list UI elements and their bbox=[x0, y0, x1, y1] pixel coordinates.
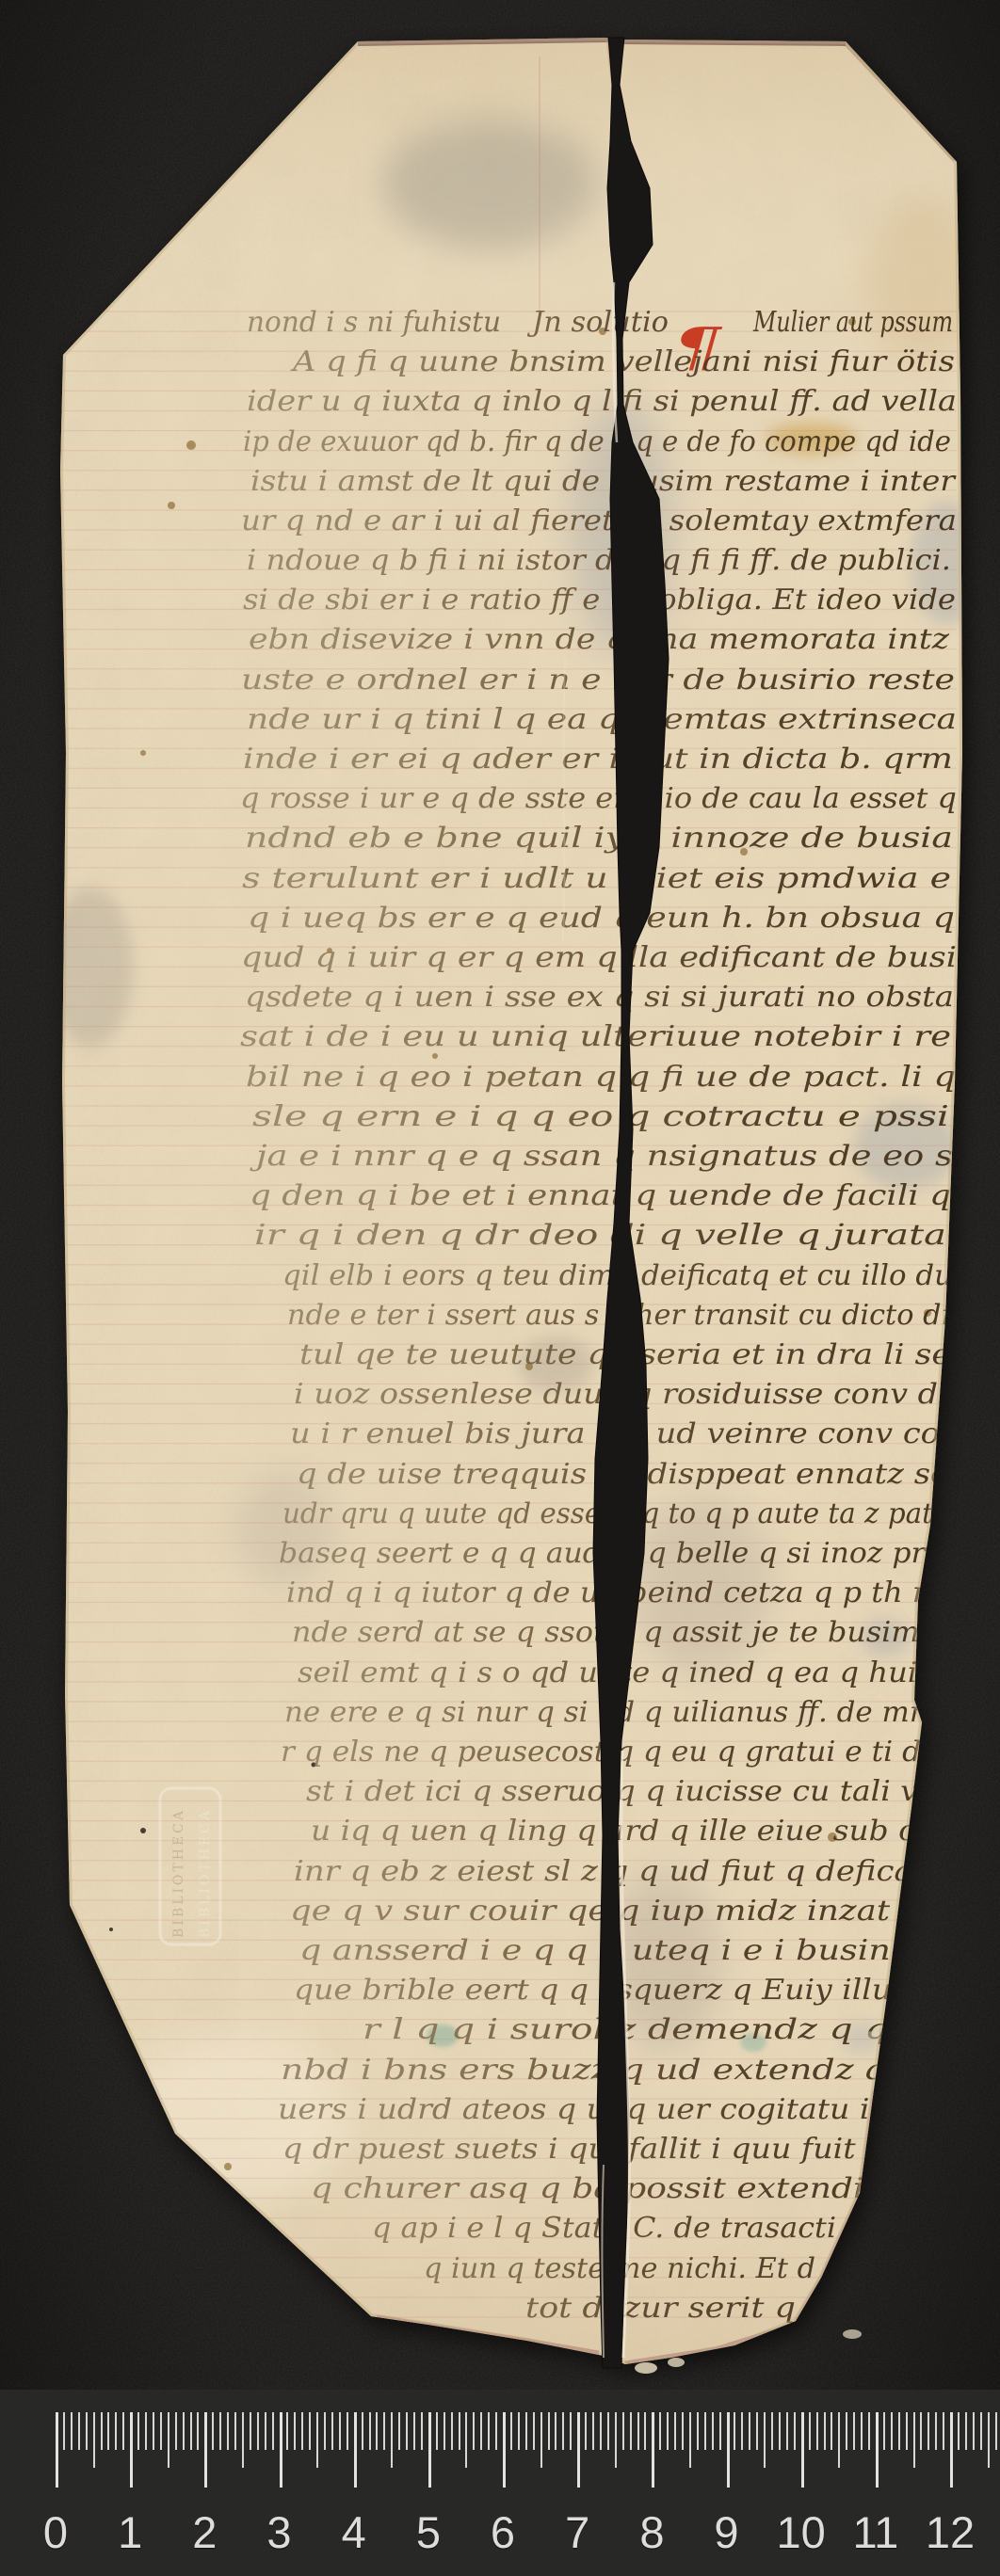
ruler-tick bbox=[958, 2412, 960, 2450]
ruler-tick bbox=[421, 2412, 423, 2450]
ruler-tick bbox=[250, 2412, 251, 2450]
manuscript-text-line: q i ueq bs er e q eud q eun h. bn obsua … bbox=[248, 902, 955, 935]
ruler-tick bbox=[234, 2412, 236, 2450]
ruler-tick bbox=[630, 2412, 632, 2450]
ruler-tick bbox=[585, 2412, 587, 2450]
ruler-tick bbox=[607, 2412, 609, 2450]
ruler-tick bbox=[459, 2412, 460, 2450]
ruler-tick bbox=[794, 2412, 796, 2450]
ruler-tick bbox=[831, 2412, 832, 2450]
ruler-tick bbox=[741, 2412, 743, 2450]
ruler-tick bbox=[734, 2412, 735, 2450]
ruler-tick bbox=[130, 2412, 133, 2488]
ruler-tick bbox=[533, 2412, 535, 2450]
ruler-tick bbox=[227, 2412, 229, 2450]
manuscript-text-line: ir q i den q dr deo di q velle q jurata bbox=[254, 1219, 946, 1252]
manuscript-text-line: q rosse i ur e q de sste er e io de cau … bbox=[240, 782, 957, 815]
ruler-tick bbox=[965, 2412, 967, 2450]
ruler-tick bbox=[175, 2412, 177, 2450]
ruler-tick bbox=[428, 2412, 431, 2488]
ruler-cm-label: 10 bbox=[777, 2506, 826, 2558]
manuscript-text-line: qud q i uir q er q em q lla edificant de… bbox=[241, 941, 957, 974]
manuscript-text-line: qsdete q i uen i sse ex q si si jurati n… bbox=[245, 981, 954, 1014]
ruler-tick bbox=[652, 2412, 654, 2488]
ruler-tick bbox=[756, 2412, 758, 2450]
ruler-tick bbox=[376, 2412, 378, 2450]
ruler-tick bbox=[93, 2412, 95, 2468]
ruler: 0123456789101112 bbox=[0, 2390, 1000, 2576]
ruler-tick bbox=[354, 2412, 357, 2488]
ruler-tick bbox=[451, 2412, 453, 2450]
ruler-tick bbox=[190, 2412, 192, 2450]
ruler-tick bbox=[518, 2412, 520, 2450]
ruler-tick bbox=[362, 2412, 363, 2450]
ruler-tick bbox=[71, 2412, 73, 2450]
ruler-tick bbox=[145, 2412, 147, 2450]
ruler-tick bbox=[406, 2412, 408, 2450]
ruler-cm-label: 9 bbox=[714, 2506, 738, 2558]
manuscript-text-line: tot dazur serit q bbox=[525, 2292, 796, 2325]
ruler-tick bbox=[331, 2412, 333, 2450]
ruler-cm-label: 0 bbox=[43, 2506, 68, 2558]
ruler-tick bbox=[727, 2412, 730, 2488]
ruler-tick bbox=[615, 2412, 617, 2468]
ruler-tick bbox=[107, 2412, 109, 2450]
ruler-tick bbox=[712, 2412, 714, 2450]
manuscript-text-line: inde i er ei q ader er i but in dicta b.… bbox=[243, 743, 953, 776]
manuscript-text-line: istu i amst de lt qui de b usim restame … bbox=[250, 465, 957, 498]
stamp-text-line: BIBLIOTHECA bbox=[198, 1808, 213, 1938]
ruler-tick bbox=[540, 2412, 542, 2468]
manuscript-text-line: si de sbi er i e ratio ff e q i obliga. … bbox=[243, 584, 956, 616]
ruler-tick bbox=[943, 2412, 944, 2450]
ruler-cm-label: 7 bbox=[565, 2506, 589, 2558]
ruler-tick bbox=[838, 2412, 840, 2468]
ruler-tick bbox=[749, 2412, 750, 2450]
ruler-tick bbox=[927, 2412, 929, 2450]
ruler-tick bbox=[286, 2412, 288, 2450]
ruler-cm-label: 6 bbox=[491, 2506, 515, 2558]
ruler-tick bbox=[436, 2412, 438, 2450]
manuscript-text-line: ndnd eb e bne quil iy q innoze de busia bbox=[245, 822, 953, 855]
ruler-tick bbox=[444, 2412, 445, 2450]
ruler-tick bbox=[488, 2412, 490, 2450]
manuscript-text-line: ur q nd e ar i ui al fieret qz solemtay … bbox=[241, 504, 957, 537]
ruler-tick bbox=[160, 2412, 162, 2450]
manuscript-text-line: u iq q uen q ling q ard q ille eiue sub … bbox=[311, 1815, 951, 1848]
ruler-tick bbox=[719, 2412, 721, 2450]
ruler-tick bbox=[86, 2412, 88, 2450]
ruler-tick bbox=[801, 2412, 804, 2488]
ruler-tick bbox=[280, 2412, 282, 2488]
ruler-tick bbox=[622, 2412, 624, 2450]
ruler-cm-label: 2 bbox=[192, 2506, 217, 2558]
manuscript-text-line: nond i s ni fuhistu bbox=[247, 306, 501, 339]
ruler-tick bbox=[101, 2412, 103, 2450]
ruler-tick bbox=[316, 2412, 318, 2468]
ruler-tick bbox=[555, 2412, 556, 2450]
ruler-cm-label: 3 bbox=[266, 2506, 291, 2558]
ruler-tick bbox=[369, 2412, 371, 2450]
ruler-tick bbox=[465, 2412, 467, 2468]
ruler-tick bbox=[272, 2412, 274, 2450]
ruler-tick bbox=[592, 2412, 594, 2450]
ruler-tick bbox=[980, 2412, 982, 2450]
ruler-tick bbox=[548, 2412, 550, 2450]
ruler-tick bbox=[212, 2412, 214, 2450]
manuscript-text-line: ip de exuuor qd b. fir q de s q e de fo … bbox=[243, 425, 951, 458]
manuscript-text-line: st i det ici q sseruo q q iucisse cu tal… bbox=[306, 1775, 946, 1808]
manuscript-text-line: uste e ordnel er i n e i ur de busirio r… bbox=[241, 664, 955, 696]
ruler-tick bbox=[935, 2412, 937, 2450]
ruler-tick bbox=[480, 2412, 482, 2450]
ruler-tick bbox=[600, 2412, 602, 2450]
photo-canvas: BIBLIOTHECA BIBLIOTHECA nond i s ni fuhi… bbox=[0, 0, 1000, 2576]
ruler-tick bbox=[667, 2412, 669, 2450]
ruler-tick bbox=[503, 2412, 506, 2488]
ruler-tick bbox=[988, 2412, 990, 2468]
ruler-tick bbox=[689, 2412, 691, 2468]
ruler-tick bbox=[570, 2412, 572, 2450]
ruler-tick bbox=[413, 2412, 415, 2450]
ruler-tick bbox=[809, 2412, 811, 2450]
ruler-tick bbox=[122, 2412, 124, 2450]
ruler-cm-label: 1 bbox=[118, 2506, 142, 2558]
ruler-tick bbox=[883, 2412, 885, 2450]
ruler-tick bbox=[779, 2412, 781, 2450]
ruler-tick bbox=[950, 2412, 953, 2488]
digitized-manuscript-photograph: BIBLIOTHECA BIBLIOTHECA nond i s ni fuhi… bbox=[0, 0, 1000, 2576]
ruler-tick bbox=[219, 2412, 221, 2450]
manuscript-text-line: inr q eb z eiest sl z q q ud fiut q defi… bbox=[294, 1855, 946, 1888]
ruler-cm-label: 4 bbox=[342, 2506, 366, 2558]
ruler-tick bbox=[63, 2412, 65, 2450]
ruler-tick bbox=[898, 2412, 900, 2450]
ruler-tick bbox=[824, 2412, 826, 2450]
manuscript-text-line: i ndoue q b fi i ni istor dne q fi fi ff… bbox=[247, 544, 951, 577]
ruler-tick bbox=[674, 2412, 676, 2450]
ruler-cm-label: 5 bbox=[416, 2506, 441, 2558]
ruler-tick bbox=[391, 2412, 393, 2468]
ruler-tick bbox=[309, 2412, 311, 2450]
ruler-tick bbox=[78, 2412, 80, 2450]
ruler-tick bbox=[473, 2412, 475, 2450]
ruler-tick bbox=[301, 2412, 303, 2450]
manuscript-text-line: ebn disevize i vnn de q ima memorata int… bbox=[249, 623, 949, 656]
ruler-tick bbox=[995, 2412, 997, 2450]
manuscript-text-line: sle q ern e i q q eo q cotractu e pssi bbox=[252, 1100, 949, 1133]
ruler-tick bbox=[562, 2412, 564, 2450]
ruler-tick bbox=[265, 2412, 266, 2450]
ruler-tick bbox=[682, 2412, 684, 2450]
ruler-tick bbox=[383, 2412, 385, 2450]
ruler-cm-label: 11 bbox=[852, 2506, 898, 2558]
ruler-tick bbox=[577, 2412, 580, 2488]
ruler-tick bbox=[704, 2412, 706, 2450]
ruler-tick bbox=[764, 2412, 766, 2468]
ruler-cm-label: 8 bbox=[639, 2506, 664, 2558]
ruler-tick bbox=[920, 2412, 922, 2450]
ruler-tick bbox=[115, 2412, 117, 2450]
ruler-tick bbox=[197, 2412, 199, 2450]
ruler-cm-label: 12 bbox=[926, 2506, 975, 2558]
ruler-tick bbox=[913, 2412, 915, 2468]
ruler-tick bbox=[644, 2412, 646, 2450]
ruler-tick bbox=[137, 2412, 139, 2450]
ruler-tick bbox=[183, 2412, 185, 2450]
manuscript-text-line: Jn solutio bbox=[526, 306, 669, 339]
ruler-tick bbox=[56, 2412, 58, 2488]
ruler-tick bbox=[771, 2412, 773, 2450]
manuscript-text-line: sat i de i eu u uniq ulteriuue notebir i… bbox=[240, 1020, 951, 1053]
ruler-tick bbox=[242, 2412, 244, 2468]
manuscript-text-line: nde ur i q tini l q ea q dlemtas extrins… bbox=[247, 703, 957, 736]
ruler-tick bbox=[659, 2412, 661, 2450]
ruler-tick bbox=[846, 2412, 847, 2450]
manuscript-text-line: r l q q i surobz demendz q q ra bbox=[363, 2013, 940, 2046]
ruler-tick bbox=[510, 2412, 512, 2450]
ruler-tick bbox=[398, 2412, 400, 2450]
ruler-tick bbox=[786, 2412, 788, 2450]
ruler-tick bbox=[906, 2412, 908, 2450]
manuscript-text-line: q den q i be et i ennat q uende de facil… bbox=[250, 1179, 951, 1212]
manuscript-text-line: ider u q iuxta q inlo q l fi si penul ff… bbox=[247, 385, 957, 418]
manuscript-text-line: Mulier aut pssum bbox=[752, 306, 953, 339]
ruler-tick bbox=[347, 2412, 348, 2450]
ruler-tick bbox=[816, 2412, 818, 2450]
ruler-tick bbox=[891, 2412, 893, 2450]
ruler-tick bbox=[525, 2412, 527, 2450]
stamp-text-line: BIBLIOTHECA bbox=[171, 1808, 186, 1938]
ruler-tick bbox=[973, 2412, 975, 2450]
ruler-tick bbox=[637, 2412, 639, 2450]
ruler-tick bbox=[339, 2412, 341, 2450]
ruler-tick bbox=[697, 2412, 699, 2450]
ruler-tick bbox=[324, 2412, 326, 2450]
ruler-tick bbox=[876, 2412, 879, 2488]
ruler-tick bbox=[257, 2412, 259, 2450]
manuscript-text-line: bil ne i q eo i petan q q fi ue de pact.… bbox=[246, 1061, 956, 1094]
manuscript-text-line: ja e i nnr q e q ssan q nsignatus de eo … bbox=[250, 1140, 953, 1173]
ruler-tick bbox=[204, 2412, 207, 2488]
ruler-tick bbox=[153, 2412, 154, 2450]
ruler-tick bbox=[294, 2412, 296, 2450]
ruler-tick bbox=[868, 2412, 870, 2450]
ruler-tick bbox=[861, 2412, 863, 2450]
ruler-tick bbox=[495, 2412, 497, 2450]
manuscript-fragment: BIBLIOTHECA BIBLIOTHECA nond i s ni fuhi… bbox=[0, 0, 1000, 2409]
manuscript-text-line: s terulunt er i udlt u ssiet eis pmdwia … bbox=[242, 862, 951, 895]
ruler-tick bbox=[168, 2412, 169, 2468]
ruler-tick bbox=[853, 2412, 855, 2450]
